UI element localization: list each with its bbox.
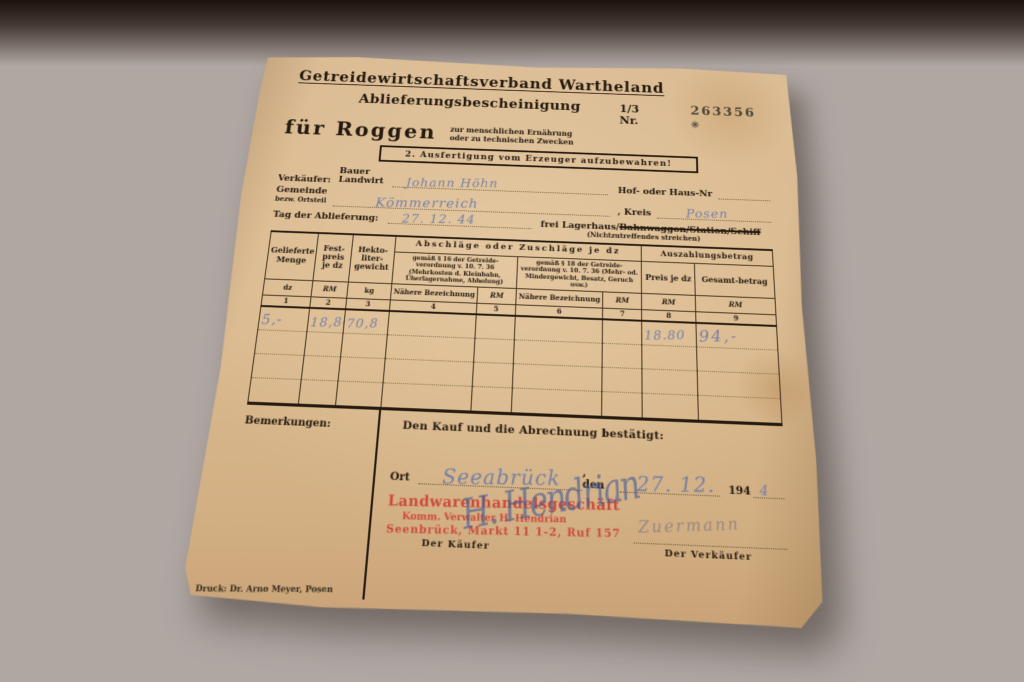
empty-cell xyxy=(341,333,387,358)
cell-rm16 xyxy=(475,314,515,339)
form-title: Ablieferungsbescheinigung xyxy=(358,91,581,114)
seller-name-handwriting: Johann Höhn xyxy=(406,177,499,191)
seller-label: Verkäufer: xyxy=(277,173,331,185)
copy-number-label: 1/3 Nr. xyxy=(619,103,659,128)
cell-preis: 18.80 xyxy=(642,320,697,346)
col-header-preis: Preis je dz xyxy=(641,261,695,295)
cell-menge: 5,- xyxy=(258,305,310,331)
stamp-signature-row: Landwarenhandelsgeschäft Komm. Verwalter… xyxy=(384,489,788,565)
empty-cell xyxy=(512,363,602,391)
cell-gesamt: 94,- xyxy=(696,322,778,349)
unit-rm-2: RM xyxy=(311,280,348,298)
photo-background: Getreidewirtschaftsverband Wartheland Ab… xyxy=(0,0,1024,682)
cell-rm18 xyxy=(603,319,642,345)
gemeinde-handwriting: Kömmerreich xyxy=(375,196,479,211)
empty-cell xyxy=(642,393,698,421)
cell-festpreis: 18,80 xyxy=(307,307,346,332)
subheader-paragraph16: gemäß § 16 der Getreide-verordnung v. 10… xyxy=(392,252,518,288)
hekto-handwriting: 70,8 xyxy=(346,315,379,330)
empty-cell xyxy=(335,380,382,407)
empty-cell xyxy=(602,391,642,418)
empty-cell xyxy=(642,344,697,370)
kreis-label: , Kreis xyxy=(618,207,652,218)
empty-cell xyxy=(698,395,782,424)
col-header-hekto: Hekto-liter-gewicht xyxy=(348,234,395,283)
empty-cell xyxy=(474,338,514,363)
empty-cell xyxy=(642,368,698,395)
certificate-content: Getreidewirtschaftsverband Wartheland Ab… xyxy=(180,54,827,629)
confirmation-area: Den Kauf und die Abrechnung bestätigt: O… xyxy=(364,410,793,618)
seller-role: Bauer Landwirt xyxy=(338,167,385,187)
serial-number-value: 263356 xyxy=(690,105,756,121)
menge-handwriting: 5,- xyxy=(261,312,283,328)
kreis-line: Posen xyxy=(657,206,771,223)
asterisk-mark: ✳ xyxy=(691,119,700,130)
unit-dz: dz xyxy=(263,278,313,296)
preis-handwriting: 18.80 xyxy=(644,327,686,342)
empty-cell xyxy=(381,382,473,411)
col-header-gesamt: Gesamt-betrag xyxy=(695,263,775,298)
empty-cell xyxy=(473,362,514,388)
empty-cell xyxy=(338,356,385,382)
delivery-date-line: 27. 12. 44 xyxy=(388,211,532,229)
delivery-certificate: Getreidewirtschaftsverband Wartheland Ab… xyxy=(180,54,827,629)
empty-cell xyxy=(471,386,512,413)
unit-rm-5: RM xyxy=(477,287,516,305)
empty-cell xyxy=(697,370,780,398)
festpreis-handwriting: 18,80 xyxy=(310,314,345,329)
delivery-date-label: Tag der Ablieferung: xyxy=(272,209,379,223)
empty-cell xyxy=(301,355,340,381)
empty-cell xyxy=(255,329,307,355)
seller-signature-handwriting: Zuermann xyxy=(638,513,742,536)
gemeinde-label-line2: bezw. Ortsteil xyxy=(275,195,327,205)
confirmation-text: Den Kauf und die Abrechnung bestätigt: xyxy=(402,419,781,447)
hof-haus-line xyxy=(718,187,770,201)
empty-cell xyxy=(511,387,602,416)
hof-haus-label: Hof- oder Haus-Nr xyxy=(618,186,713,199)
seller-label-footer: Der Verkäufer xyxy=(665,548,789,565)
empty-cell xyxy=(697,346,779,373)
printer-imprint: Druck: Dr. Arno Meyer, Posen xyxy=(195,583,333,594)
unit-rm-7: RM xyxy=(603,291,642,309)
seller-role-landwirt: Landwirt xyxy=(338,175,384,186)
date-handwriting: 27. 12. xyxy=(636,472,715,497)
remarks-label: Bemerkungen: xyxy=(244,414,331,429)
cell-hekto: 70,8 xyxy=(343,309,389,335)
subheader-paragraph18: gemäß § 18 der Getreide-verordnung v. 10… xyxy=(516,256,641,292)
col-header-festpreis: Fest-preis je dz xyxy=(313,233,353,282)
gemeinde-label: Gemeinde bezw. Ortsteil xyxy=(274,186,327,206)
ort-label: Ort xyxy=(390,471,411,484)
empty-cell xyxy=(385,334,475,361)
gesamt-handwriting: 94,- xyxy=(698,326,739,345)
empty-cell xyxy=(248,377,301,405)
empty-cell xyxy=(602,367,642,393)
delivery-table: Gelieferte Menge Fest-preis je dz Hekto-… xyxy=(247,230,783,426)
delivery-date-handwriting: 27. 12. 44 xyxy=(401,212,475,226)
purpose-note: zur menschlichen Ernährung oder zu techn… xyxy=(449,125,574,146)
table-edge-shadow xyxy=(0,0,1024,66)
remarks-area: Bemerkungen: xyxy=(221,404,381,599)
unit-kg: kg xyxy=(347,282,392,300)
year-printed: 194 xyxy=(728,484,751,497)
empty-cell xyxy=(513,339,602,366)
year-handwriting: 4 xyxy=(759,483,770,500)
seller-signature-area: Zuermann Der Verkäufer xyxy=(634,499,788,565)
kreis-handwriting: Posen xyxy=(686,207,729,221)
cell-bez16 xyxy=(387,310,477,337)
serial-number: 263356 ✳ xyxy=(690,105,766,134)
empty-cell xyxy=(603,343,642,368)
empty-cell xyxy=(304,331,343,356)
buyer-stamp-area: Landwarenhandelsgeschäft Komm. Verwalter… xyxy=(384,489,634,559)
empty-cell xyxy=(383,358,474,386)
empty-cell xyxy=(298,379,338,406)
col-header-menge: Gelieferte Menge xyxy=(265,231,319,280)
year-line: 4 xyxy=(752,482,784,499)
commodity-title: für Roggen xyxy=(284,118,438,142)
empty-cell xyxy=(251,353,304,379)
cell-bez18 xyxy=(514,315,603,342)
paper-document: Getreidewirtschaftsverband Wartheland Ab… xyxy=(180,54,827,629)
